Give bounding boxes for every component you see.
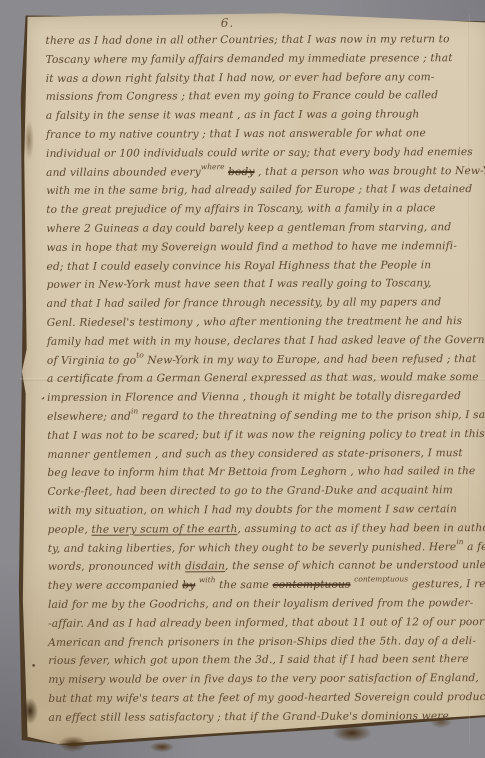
manuscript-line: Toscany where my family affairs demanded… xyxy=(46,49,474,70)
text-segment: there as I had done in all other Countri… xyxy=(45,33,449,47)
manuscript-line: there as I had done in all other Countri… xyxy=(45,30,473,51)
text-segment: beg leave to inform him that Mr Bettoia … xyxy=(47,465,475,479)
text-segment: ed; that I could easely convince his Roy… xyxy=(46,259,431,273)
text-segment: contemptuous xyxy=(354,574,408,583)
text-segment: by xyxy=(182,579,195,591)
text-segment: , assuming to act as if they had been in… xyxy=(237,522,485,535)
manuscript-lines: there as I had done in all other Countri… xyxy=(45,30,476,727)
text-segment: with xyxy=(199,575,216,584)
text-segment: to xyxy=(136,350,144,359)
text-segment: , that a person who was brought to New-Y… xyxy=(258,165,485,178)
manuscript-line: where 2 Guineas a day could barely keep … xyxy=(46,218,474,239)
text-segment: ty, and taking liberties, for which they… xyxy=(48,541,457,555)
margin-dot-mark: • xyxy=(31,662,36,672)
text-segment: and that I had sailed for france through… xyxy=(47,296,442,310)
page-number: 6. xyxy=(0,16,455,30)
text-segment: and villains abounded every xyxy=(46,166,201,179)
text-segment: regard to the threatning of sending me t… xyxy=(142,409,485,423)
manuscript-line: -affair. And as I had already been infor… xyxy=(48,613,476,634)
text-segment: in xyxy=(456,537,463,546)
text-segment: elsewhere; and xyxy=(47,411,131,423)
text-segment: where 2 Guineas a day could barely keep … xyxy=(46,221,451,235)
text-segment: with me in the same brig, had already sa… xyxy=(46,183,472,197)
manuscript-line: they were accompanied by with the same c… xyxy=(48,575,476,596)
manuscript-line: my misery would be over in five days to … xyxy=(48,669,476,690)
edge-damage-spot xyxy=(24,120,34,160)
manuscript-line: a falsity in the sense it was meant , as… xyxy=(46,105,474,126)
text-segment: a certificate from a German General expr… xyxy=(47,371,479,385)
text-segment: power in New-York must have seen that I … xyxy=(47,278,432,292)
text-segment: manner gentlemen , and such as they cons… xyxy=(47,447,462,461)
text-segment: body xyxy=(228,166,255,178)
text-segment: of Virginia to go xyxy=(47,354,136,366)
manuscript-line: ty, and taking liberties, for which they… xyxy=(48,538,476,559)
text-segment: in xyxy=(131,406,138,415)
manuscript-line: to the great prejudice of my affairs in … xyxy=(46,199,474,220)
manuscript-line: and that I had sailed for france through… xyxy=(47,293,475,314)
manuscript-line: impression in Florence and Vienna , thou… xyxy=(47,387,475,408)
manuscript-line: individual or 100 individuals could writ… xyxy=(46,143,474,164)
manuscript-line: rious fever, which got upon them the 3d.… xyxy=(48,650,476,671)
text-segment: individual or 100 individuals could writ… xyxy=(46,146,473,160)
manuscript-line: an effect still less satisfactory ; that… xyxy=(48,707,476,728)
text-segment: where xyxy=(201,162,225,171)
text-segment: but that my wife's tears at the feet of … xyxy=(48,691,485,705)
manuscript-line: laid for me by the Goodrichs, and on the… xyxy=(48,594,476,615)
manuscript-line: family had met with in my house, declare… xyxy=(47,331,475,352)
manuscript-line: elsewhere; andin regard to the threatnin… xyxy=(47,406,475,427)
text-segment: was in hope that my Sovereign would find… xyxy=(46,240,457,254)
text-segment: gestures, I reflected on the trap xyxy=(412,578,485,591)
manuscript-line: people, the very scum of the earth, assu… xyxy=(48,519,476,540)
manuscript-line: American and french prisoners in the pri… xyxy=(48,632,476,653)
text-segment: france to my native country ; that I was… xyxy=(46,127,426,141)
text-segment: the same xyxy=(219,579,273,591)
manuscript-line: with my situation, on which I had my dou… xyxy=(48,500,476,521)
manuscript-line: with me in the same brig, had already sa… xyxy=(46,180,474,201)
text-segment: they were accompanied xyxy=(48,579,182,592)
text-segment: Genl. Riedesel's testimony , who after m… xyxy=(47,315,462,329)
text-segment: , the sense of which cannot be understoo… xyxy=(225,559,485,572)
manuscript-line: of Virginia to goto New-York in my way t… xyxy=(47,350,475,371)
text-segment: -affair. And as I had already been infor… xyxy=(48,616,484,630)
text-segment: rious fever, which got upon them the 3d.… xyxy=(48,653,468,667)
text-segment: Toscany where my family affairs demanded… xyxy=(46,52,453,66)
edge-damage-spot xyxy=(150,742,174,752)
edge-damage-spot xyxy=(332,724,372,742)
manuscript-line: a certificate from a German General expr… xyxy=(47,368,475,389)
text-segment: my misery would be over in five days to … xyxy=(48,672,479,686)
text-segment: an effect still less satisfactory ; that… xyxy=(48,710,449,724)
text-segment: a falsity in the sense it was meant , as… xyxy=(46,108,420,122)
manuscript-line: manner gentlemen , and such as they cons… xyxy=(47,444,475,465)
manuscript-line: ed; that I could easely convince his Roy… xyxy=(46,256,474,277)
text-segment: people, xyxy=(48,523,92,535)
manuscript-line: was in hope that my Sovereign would find… xyxy=(46,237,474,258)
text-segment: contemptuous xyxy=(273,579,351,591)
text-segment: words, pronounced with xyxy=(48,561,185,574)
text-segment: family had met with in my house, declare… xyxy=(47,334,485,348)
text-segment: with my situation, on which I had my dou… xyxy=(48,503,457,517)
manuscript-line: missions from Congress ; that even my go… xyxy=(46,86,474,107)
manuscript-line: Corke-fleet, had been directed to go to … xyxy=(47,481,475,502)
text-segment: impression in Florence and Vienna , thou… xyxy=(47,390,461,404)
manuscript-line: but that my wife's tears at the feet of … xyxy=(48,688,476,709)
text-segment: a few xyxy=(467,540,485,552)
text-segment: New-York in my way to Europe, and had be… xyxy=(147,353,476,366)
manuscript-line: Genl. Riedesel's testimony , who after m… xyxy=(47,312,475,333)
text-segment: laid for me by the Goodrichs, and on the… xyxy=(48,597,473,611)
manuscript-line: it was a down right falsity that I had n… xyxy=(46,68,474,89)
edge-damage-spot xyxy=(58,736,88,752)
manuscript-line: beg leave to inform him that Mr Bettoia … xyxy=(47,462,475,483)
text-segment: missions from Congress ; that even my go… xyxy=(46,90,438,104)
edge-damage-spot xyxy=(22,698,38,724)
manuscript-line: words, pronounced with disdain, the sens… xyxy=(48,556,476,577)
text-segment: disdain xyxy=(185,560,225,572)
manuscript-line: france to my native country ; that I was… xyxy=(46,124,474,145)
manuscript-line: that I was not to be scared; but if it w… xyxy=(47,425,475,446)
text-segment: Corke-fleet, had been directed to go to … xyxy=(47,484,452,498)
text-segment: to the great prejudice of my affairs in … xyxy=(46,202,436,216)
text-segment: American and french prisoners in the pri… xyxy=(48,635,476,649)
text-segment: that I was not to be scared; but if it w… xyxy=(47,428,485,442)
text-segment: it was a down right falsity that I had n… xyxy=(46,71,435,85)
text-segment: the very scum of the earth xyxy=(91,523,237,536)
manuscript-line: power in New-York must have seen that I … xyxy=(47,274,475,295)
manuscript-line: and villains abounded everywhere body , … xyxy=(46,162,474,183)
